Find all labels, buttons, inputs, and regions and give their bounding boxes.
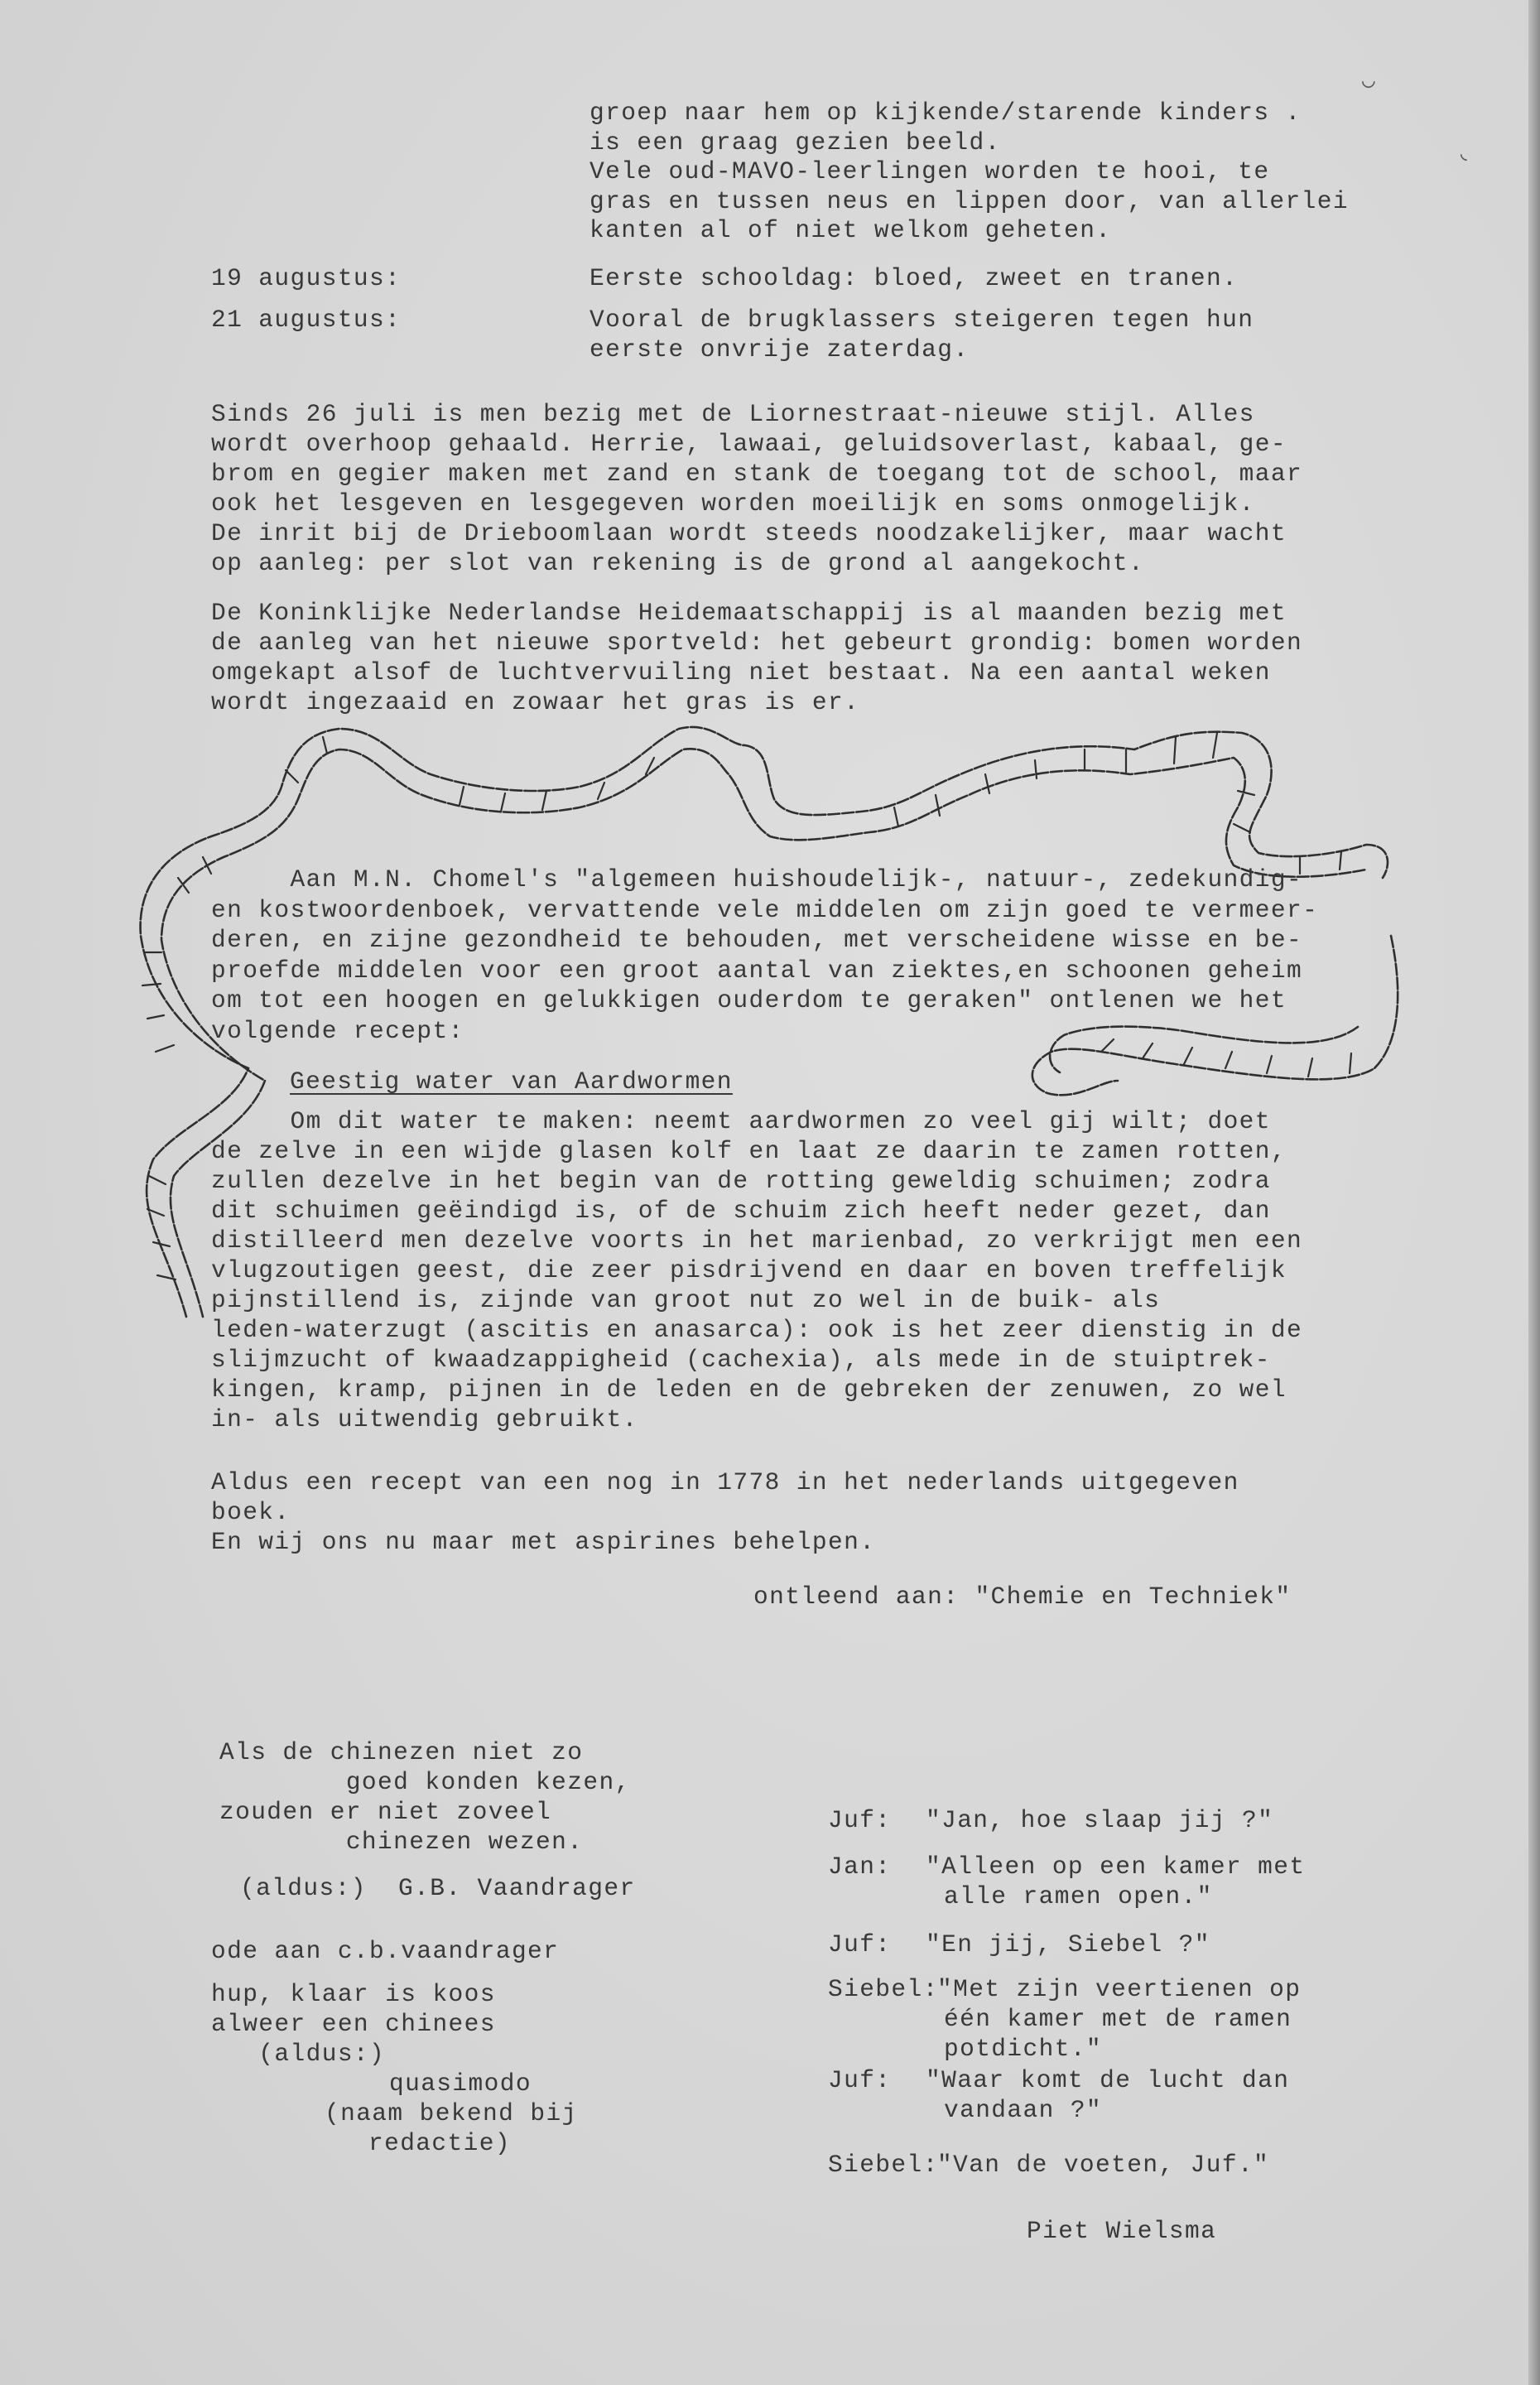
poem-line: hup, klaar is koos [211,1979,496,2009]
dialogue-line: "Jan, hoe slaap jij ?" [926,1805,1273,1835]
text-line: De inrit bij de Drieboomlaan wordt steed… [211,518,1287,548]
dialogue-line: één kamer met de ramen [944,2004,1292,2034]
dialogue-speaker: Jan: [828,1852,891,1881]
text-line: om tot een hoogen en gelukkigen ouderdom… [211,985,1287,1015]
text-line: en kostwoordenboek, vervattende vele mid… [211,895,1318,925]
text-line: slijmzucht of kwaadzappigheid (cachexia)… [211,1345,1271,1375]
text-line: proefde middelen voor een groot aantal v… [211,956,1302,985]
credit-line: quasimodo [389,2069,532,2098]
dialogue-line: "Alleen op een kamer met [926,1852,1305,1881]
text-line: gras en tussen neus en lippen door, van … [590,186,1349,216]
dialogue-speaker: Juf: [828,1930,891,1959]
text-line: omgekapt alsof de luchtvervuiling niet b… [211,658,1271,687]
credit-line: (naam bekend bij [325,2098,578,2128]
entry-date: 19 augustus: [211,263,401,293]
dialogue-speaker: Juf: [828,1805,891,1835]
poem-line: (aldus:) [211,2039,385,2069]
paper-speck: ◡ [1362,68,1375,94]
text-line: is een graag gezien beeld. [590,128,1001,157]
dialogue-line: alle ramen open." [944,1881,1213,1911]
text-line: groep naar hem op kijkende/starende kind… [590,98,1302,128]
entry-text: Vooral de brugklassers steigeren tegen h… [590,305,1254,335]
poem-line: zouden er niet zoveel [219,1797,551,1827]
dialogue-speaker: Juf: [828,2065,891,2095]
dialogue-line: "En jij, Siebel ?" [926,1930,1210,1959]
text-line: dit schuimen geëindigd is, of de schuim … [211,1196,1271,1226]
text-line: brom en gegier maken met zand en stank d… [211,459,1302,489]
text-line: ook het lesgeven en lesgegeven worden mo… [211,489,1255,518]
poem-line: chinezen wezen. [219,1827,583,1857]
dialogue-speaker: Siebel: [828,2150,939,2180]
poem-line: goed konden kezen, [219,1767,631,1797]
paper-edge-shadow [1528,0,1540,2385]
text-line: op aanleg: per slot van rekening is de g… [211,548,1144,578]
dialogue-line: vandaan ?" [944,2095,1102,2125]
text-line: deren, en zijne gezondheid te behouden, … [211,925,1302,955]
poem-line: alweer een chinees [211,2009,496,2039]
entry-text: Eerste schooldag: bloed, zweet en tranen… [590,263,1238,293]
text-line: kingen, kramp, pijnen in de leden en de … [211,1375,1287,1404]
text-line: Vele oud-MAVO-leerlingen worden te hooi,… [590,157,1269,186]
dialogue-author: Piet Wielsma [1027,2216,1216,2246]
recipe-title: Geestig water van Aardwormen [290,1067,733,1096]
text-line: boek. [211,1497,291,1527]
text-line: kanten al of niet welkom geheten. [590,215,1111,245]
dialogue-line: potdicht." [944,2034,1102,2064]
entry-date: 21 augustus: [211,305,401,335]
entry-text: eerste onvrije zaterdag. [590,335,969,364]
text-line: vlugzoutigen geest, die zeer pisdrijvend… [211,1255,1287,1285]
text-line: pijnstillend is, zijnde van groot nut zo… [211,1285,1160,1315]
text-line: Aldus een recept van een nog in 1778 in … [211,1467,1239,1497]
dialogue-line: "Waar komt de lucht dan [926,2065,1289,2095]
text-line: En wij ons nu maar met aspirines behelpe… [211,1527,875,1557]
text-line: leden-waterzugt (ascitis en anasarca): o… [211,1315,1302,1345]
ode-title: ode aan c.b.vaandrager [211,1936,559,1966]
text-line: zullen dezelve in het begin van de rotti… [211,1166,1271,1196]
text-line: volgende recept: [211,1016,464,1046]
text-line: Om dit water te maken: neemt aardwormen … [211,1106,1271,1136]
paper-speck: ◟ [1457,141,1470,166]
text-line: Sinds 26 juli is men bezig met de Liorne… [211,399,1255,429]
text-line: wordt overhoop gehaald. Herrie, lawaai, … [211,429,1287,459]
text-line: de aanleg van het nieuwe sportveld: het … [211,628,1302,658]
text-line: De Koninklijke Nederlandse Heidemaatscha… [211,598,1287,628]
poem-vaandrager-credit: (aldus:) G.B. Vaandrager [240,1873,636,1903]
dialogue-line: "Met zijn veertienen op [937,1974,1301,2004]
credit-line: redactie) [368,2128,511,2158]
text-line: wordt ingezaaid en zowaar het gras is er… [211,687,859,717]
poem-line: Als de chinezen niet zo [219,1737,583,1767]
dialogue-speaker: Siebel: [828,1974,939,2004]
dialogue-line: "Van de voeten, Juf." [937,2150,1269,2180]
text-line: in- als uitwendig gebruikt. [211,1404,638,1434]
text-line: distilleerd men dezelve voorts in het ma… [211,1226,1302,1255]
text-line: de zelve in een wijde glasen kolf en laa… [211,1136,1287,1166]
source-credit: ontleend aan: "Chemie en Techniek" [753,1582,1292,1612]
text-line: Aan M.N. Chomel's "algemeen huishoudelij… [211,865,1302,894]
